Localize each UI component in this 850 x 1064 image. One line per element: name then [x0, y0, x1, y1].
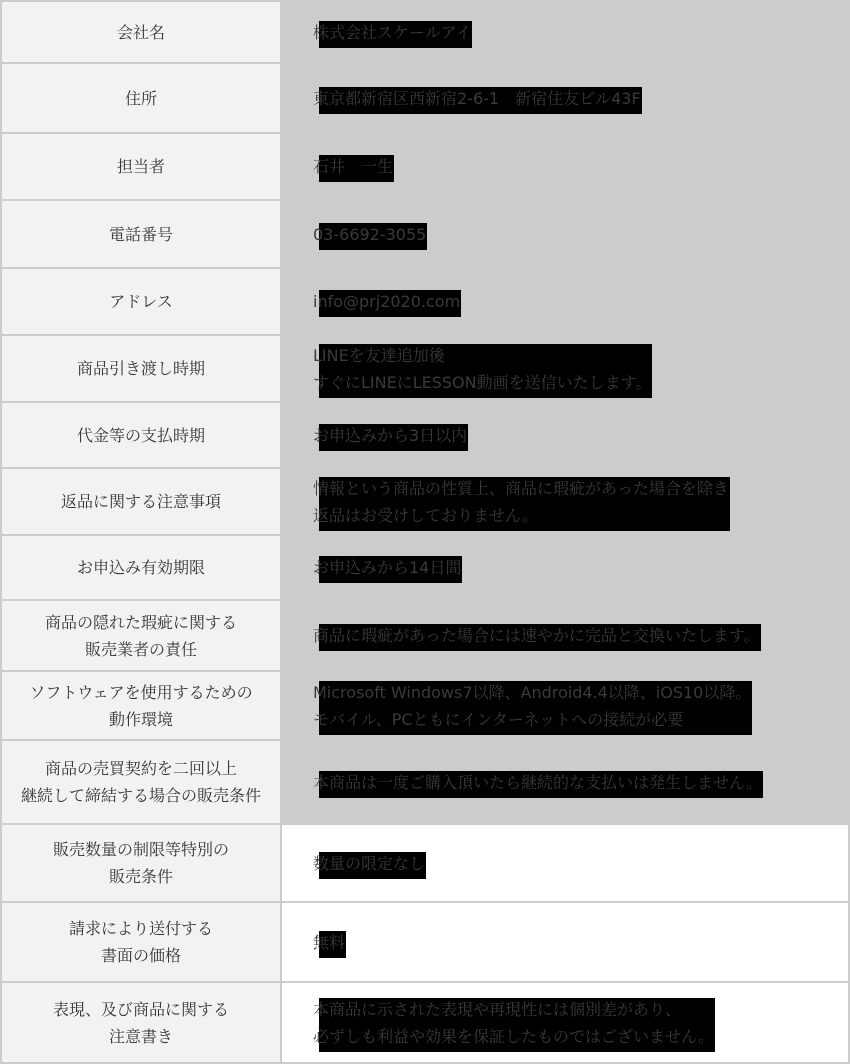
row-label-cell: 返品に関する注意事項	[1, 468, 281, 535]
row-label-cell: お申込み有効期限	[1, 535, 281, 600]
row-label: 商品の売買契約を二回以上 継続して締結する場合の販売条件	[21, 759, 261, 805]
row-label-cell: 請求により送付する 書面の価格	[1, 902, 281, 982]
row-label-cell: 商品引き渡し時期	[1, 335, 281, 402]
row-value: LINEを友達追加後 すぐにLINEにLESSON動画を送信いたします。	[313, 346, 651, 392]
specified-commercial-transactions-table: 会社名 株式会社スケールアイ 住所 東京都新宿区西新宿2-6-1 新宿住友ビル4…	[0, 0, 850, 1064]
row-value-cell: 数量の限定なし	[281, 824, 849, 902]
row-value: お申込みから3日以内	[313, 426, 467, 445]
row-value-cell: 株式会社スケールアイ	[281, 1, 849, 63]
table-row: お申込み有効期限 お申込みから14日間	[1, 535, 849, 600]
table-row: 返品に関する注意事項 情報という商品の性質上、商品に瑕疵があった場合を除き 返品…	[1, 468, 849, 535]
row-label: ソフトウェアを使用するための 動作環境	[29, 683, 252, 729]
row-label-cell: 代金等の支払時期	[1, 402, 281, 468]
table-row: 住所 東京都新宿区西新宿2-6-1 新宿住友ビル43F	[1, 63, 849, 133]
row-label: 表現、及び商品に関する 注意書き	[53, 1000, 229, 1046]
row-label-cell: アドレス	[1, 268, 281, 335]
row-value: Microsoft Windows7以降、Android4.4以降、iOS10以…	[313, 683, 751, 729]
row-label: 担当者	[117, 157, 165, 176]
row-value: 株式会社スケールアイ	[313, 23, 471, 42]
table-row: 代金等の支払時期 お申込みから3日以内	[1, 402, 849, 468]
table-row: 商品の売買契約を二回以上 継続して締結する場合の販売条件 本商品は一度ご購入頂い…	[1, 740, 849, 824]
row-label: アドレス	[109, 292, 173, 311]
row-value-cell: 石井 一生	[281, 133, 849, 200]
row-value-highlight: Microsoft Windows7以降、Android4.4以降、iOS10以…	[313, 679, 751, 733]
row-value-highlight: 本商品に示された表現や再現性には個別差があり、 必ずしも利益や効果を保証したもの…	[313, 996, 714, 1050]
row-value-cell: お申込みから3日以内	[281, 402, 849, 468]
row-value-cell: 無料	[281, 902, 849, 982]
table-row: 会社名 株式会社スケールアイ	[1, 1, 849, 63]
row-value-highlight: 東京都新宿区西新宿2-6-1 新宿住友ビル43F	[313, 85, 641, 112]
row-label-cell: 商品の売買契約を二回以上 継続して締結する場合の販売条件	[1, 740, 281, 824]
row-value-highlight: お申込みから14日間	[313, 554, 461, 581]
row-label: 住所	[125, 89, 157, 108]
table-row: 電話番号 03-6692-3055	[1, 200, 849, 268]
row-label: 会社名	[117, 23, 165, 42]
table-row: アドレス info@prj2020.com	[1, 268, 849, 335]
row-value-highlight: 商品に瑕疵があった場合には速やかに完品と交換いたします。	[313, 622, 760, 649]
row-label-cell: ソフトウェアを使用するための 動作環境	[1, 671, 281, 740]
row-value-cell: LINEを友達追加後 すぐにLINEにLESSON動画を送信いたします。	[281, 335, 849, 402]
row-label-cell: 電話番号	[1, 200, 281, 268]
row-label: 電話番号	[109, 225, 173, 244]
row-value-highlight: 本商品は一度ご購入頂いたら継続的な支払いは発生しません。	[313, 769, 762, 796]
row-value-cell: info@prj2020.com	[281, 268, 849, 335]
table-row: 請求により送付する 書面の価格 無料	[1, 902, 849, 982]
row-value-cell: 03-6692-3055	[281, 200, 849, 268]
row-label: お申込み有効期限	[77, 558, 205, 577]
row-value-cell: お申込みから14日間	[281, 535, 849, 600]
row-value-cell: 本商品に示された表現や再現性には個別差があり、 必ずしも利益や効果を保証したもの…	[281, 982, 849, 1063]
row-label-cell: 表現、及び商品に関する 注意書き	[1, 982, 281, 1063]
row-label-cell: 住所	[1, 63, 281, 133]
row-label: 商品の隠れた瑕疵に関する 販売業者の責任	[45, 613, 237, 659]
row-label-cell: 担当者	[1, 133, 281, 200]
row-value-cell: 本商品は一度ご購入頂いたら継続的な支払いは発生しません。	[281, 740, 849, 824]
row-value: 東京都新宿区西新宿2-6-1 新宿住友ビル43F	[313, 89, 641, 108]
row-value: info@prj2020.com	[313, 292, 460, 311]
row-value-highlight: 情報という商品の性質上、商品に瑕疵があった場合を除き 返品はお受けしておりません…	[313, 475, 729, 529]
table-row: 担当者 石井 一生	[1, 133, 849, 200]
table-row: 表現、及び商品に関する 注意書き 本商品に示された表現や再現性には個別差があり、…	[1, 982, 849, 1063]
table-row: 商品の隠れた瑕疵に関する 販売業者の責任 商品に瑕疵があった場合には速やかに完品…	[1, 600, 849, 671]
row-value: 石井 一生	[313, 157, 393, 176]
table-row: 販売数量の制限等特別の 販売条件 数量の限定なし	[1, 824, 849, 902]
row-label: 商品引き渡し時期	[77, 359, 205, 378]
row-value-highlight: 株式会社スケールアイ	[313, 19, 471, 46]
row-value: 無料	[313, 933, 345, 952]
row-label: 返品に関する注意事項	[61, 492, 221, 511]
row-value: 情報という商品の性質上、商品に瑕疵があった場合を除き 返品はお受けしておりません…	[313, 479, 729, 525]
row-value-highlight: 無料	[313, 929, 345, 956]
row-value: お申込みから14日間	[313, 558, 461, 577]
row-value-highlight: お申込みから3日以内	[313, 422, 467, 449]
row-value-cell: Microsoft Windows7以降、Android4.4以降、iOS10以…	[281, 671, 849, 740]
row-value: 本商品は一度ご購入頂いたら継続的な支払いは発生しません。	[313, 773, 762, 792]
row-label-cell: 会社名	[1, 1, 281, 63]
row-value-cell: 商品に瑕疵があった場合には速やかに完品と交換いたします。	[281, 600, 849, 671]
row-label-cell: 販売数量の制限等特別の 販売条件	[1, 824, 281, 902]
row-label: 販売数量の制限等特別の 販売条件	[53, 840, 229, 886]
table-row: ソフトウェアを使用するための 動作環境 Microsoft Windows7以降…	[1, 671, 849, 740]
row-value-highlight: info@prj2020.com	[313, 288, 460, 315]
row-value-highlight: 数量の限定なし	[313, 850, 425, 877]
row-value: 数量の限定なし	[313, 854, 425, 873]
row-value: 商品に瑕疵があった場合には速やかに完品と交換いたします。	[313, 626, 760, 645]
row-value-highlight: 03-6692-3055	[313, 221, 426, 248]
table-row: 商品引き渡し時期 LINEを友達追加後 すぐにLINEにLESSON動画を送信い…	[1, 335, 849, 402]
row-value-highlight: 石井 一生	[313, 153, 393, 180]
row-label: 代金等の支払時期	[77, 426, 205, 445]
row-value-cell: 情報という商品の性質上、商品に瑕疵があった場合を除き 返品はお受けしておりません…	[281, 468, 849, 535]
row-value: 本商品に示された表現や再現性には個別差があり、 必ずしも利益や効果を保証したもの…	[313, 1000, 714, 1046]
row-label: 請求により送付する 書面の価格	[69, 919, 213, 965]
row-label-cell: 商品の隠れた瑕疵に関する 販売業者の責任	[1, 600, 281, 671]
row-value-highlight: LINEを友達追加後 すぐにLINEにLESSON動画を送信いたします。	[313, 342, 651, 396]
row-value-cell: 東京都新宿区西新宿2-6-1 新宿住友ビル43F	[281, 63, 849, 133]
row-value: 03-6692-3055	[313, 225, 426, 244]
